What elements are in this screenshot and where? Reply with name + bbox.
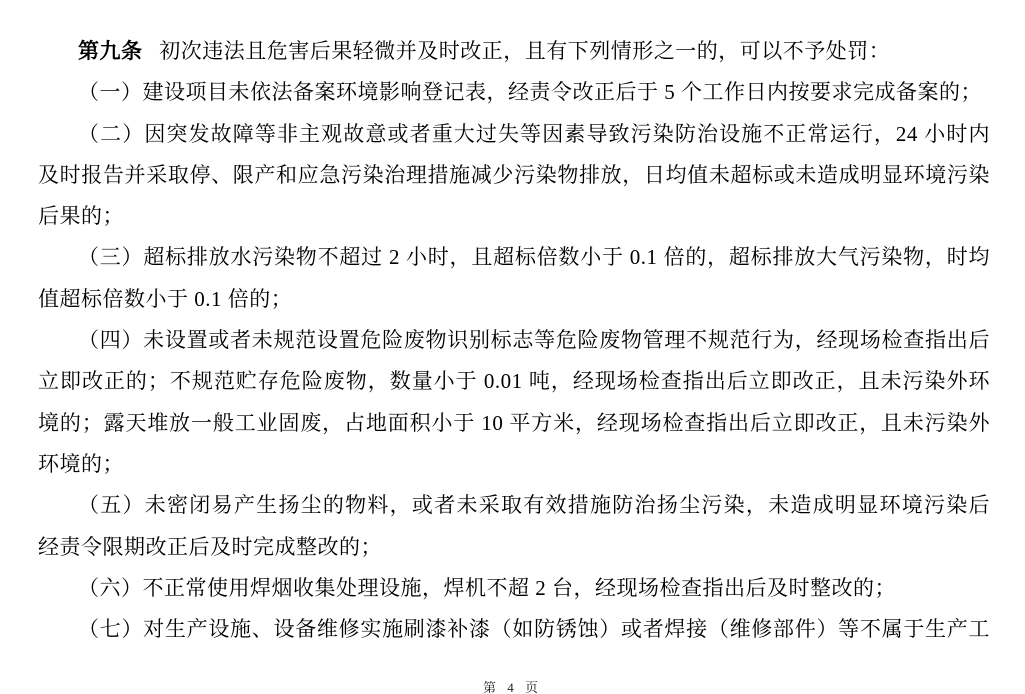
line-text: （二）因突发故障等非主观故意或者重大过失等因素导致污染防治设施不正常运行，24 … [78, 122, 990, 146]
document-line: （五）未密闭易产生扬尘的物料，或者未采取有效措施防治扬尘污染，未造成明显环境污染… [38, 485, 990, 526]
line-text: （五）未密闭易产生扬尘的物料，或者未采取有效措施防治扬尘污染，未造成明显环境污染… [38, 493, 990, 526]
document-line: （六）不正常使用焊烟收集处理设施，焊机不超 2 台，经现场检查指出后及时整改的； [38, 568, 990, 609]
document-line: 境的；露天堆放一般工业固废，占地面积小于 10 平方米，经现场检查指出后立即改正… [38, 403, 990, 444]
document-line: 环境的； [38, 444, 990, 485]
document-line: （一）建设项目未依法备案环境影响登记表，经责令改正后于 5 个工作日内按要求完成… [38, 72, 990, 113]
line-text: 值超标倍数小于 0.1 倍的； [38, 287, 292, 311]
document-line: （四）未设置或者未规范设置危险废物识别标志等危险废物管理不规范行为，经现场检查指… [38, 320, 990, 361]
document-line: 后果的； [38, 196, 990, 237]
page-number: 第 4 页 [0, 677, 1025, 694]
line-text: 境的；露天堆放一般工业固废，占地面积小于 10 平方米，经现场检查指出后立即改正… [38, 411, 990, 435]
document-line: 第九条初次违法且危害后果轻微并及时改正，且有下列情形之一的，可以不予处罚： [38, 31, 990, 72]
document-line: （二）因突发故障等非主观故意或者重大过失等因素导致污染防治设施不正常运行，24 … [38, 114, 990, 155]
line-text: （一）建设项目未依法备案环境影响登记表，经责令改正后于 5 个工作日内按要求完成… [78, 80, 982, 104]
document-page: 第九条初次违法且危害后果轻微并及时改正，且有下列情形之一的，可以不予处罚：（一）… [0, 0, 1025, 694]
line-text: （七）对生产设施、设备维修实施刷漆补漆（如防锈蚀）或者焊接（维修部件）等不属于生… [78, 617, 990, 641]
document-line: 及时报告并采取停、限产和应急污染治理措施减少污染物排放，日均值未超标或未造成明显… [38, 155, 990, 196]
document-line: 值超标倍数小于 0.1 倍的； [38, 279, 990, 320]
document-line: （三）超标排放水污染物不超过 2 小时，且超标倍数小于 0.1 倍的，超标排放大… [38, 237, 990, 278]
line-text: （三）超标排放水污染物不超过 2 小时，且超标倍数小于 0.1 倍的，超标排放大… [78, 245, 990, 269]
document-line: 立即改正的；不规范贮存危险废物，数量小于 0.01 吨，经现场检查指出后立即改正… [38, 361, 990, 402]
document-line: 经责令限期改正后及时完成整改的； [38, 527, 990, 568]
line-text: 初次违法且危害后果轻微并及时改正，且有下列情形之一的，可以不予处罚： [159, 39, 890, 63]
line-text: （六）不正常使用焊烟收集处理设施，焊机不超 2 台，经现场检查指出后及时整改的； [78, 576, 896, 600]
line-text: 环境的； [38, 452, 124, 476]
line-text: （四）未设置或者未规范设置危险废物识别标志等危险废物管理不规范行为，经现场检查指… [78, 328, 990, 352]
document-line: （七）对生产设施、设备维修实施刷漆补漆（如防锈蚀）或者焊接（维修部件）等不属于生… [38, 609, 990, 650]
line-text: 及时报告并采取停、限产和应急污染治理措施减少污染物排放，日均值未超标或未造成明显… [38, 163, 990, 187]
article-number-label: 第九条 [78, 40, 143, 63]
line-text: 经责令限期改正后及时完成整改的； [38, 535, 382, 559]
document-body: 第九条初次违法且危害后果轻微并及时改正，且有下列情形之一的，可以不予处罚：（一）… [38, 31, 990, 650]
line-text: 后果的； [38, 204, 124, 228]
line-text: 立即改正的；不规范贮存危险废物，数量小于 0.01 吨，经现场检查指出后立即改正… [38, 369, 990, 393]
